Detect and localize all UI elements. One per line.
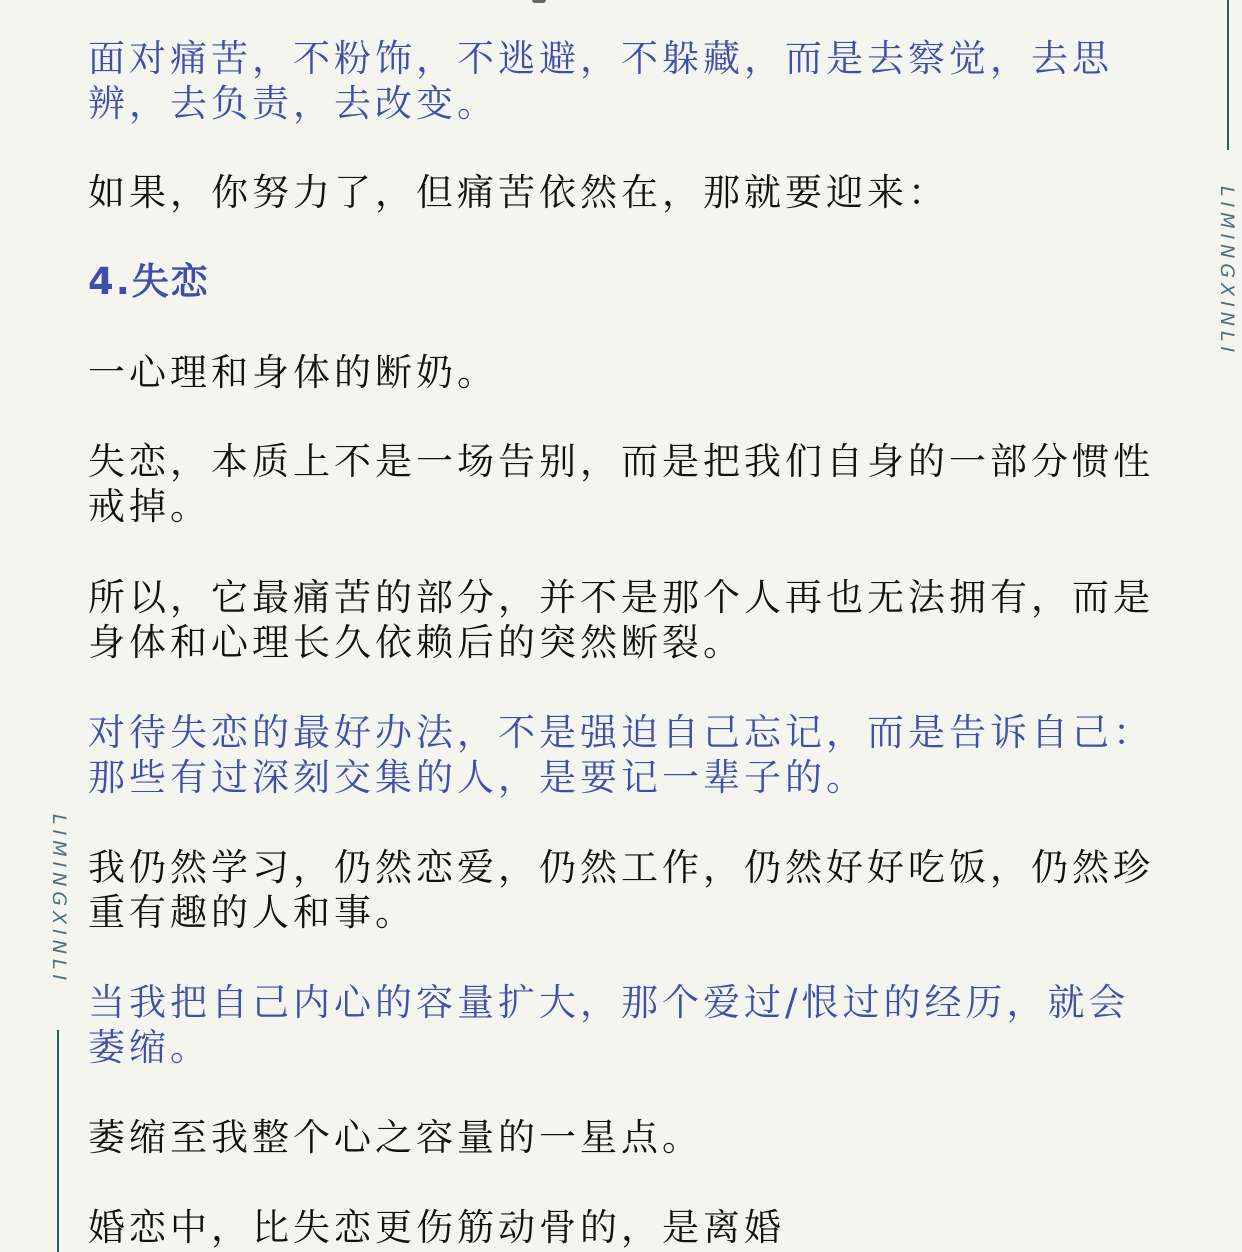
paragraph-breakup-essence: 失恋，本质上不是一场告别，而是把我们自身的一部分惯性戒掉。	[88, 439, 1158, 529]
paragraph-if-effort: 如果，你努力了，但痛苦依然在，那就要迎来：	[88, 170, 1158, 215]
section-heading-breakup: 4.失恋	[88, 259, 1158, 304]
article-page: LIMINGXINLI LIMINGXINLI 面对痛苦，不粉饰，不逃避，不躲藏…	[0, 0, 1242, 1252]
paragraph-divorce: 婚恋中，比失恋更伤筋动骨的，是离婚	[88, 1205, 1158, 1250]
paragraph-still-living: 我仍然学习，仍然恋爱，仍然工作，仍然好好吃饭，仍然珍重有趣的人和事。	[88, 845, 1158, 935]
right-rule-line	[1227, 0, 1229, 150]
left-watermark: LIMINGXINLI	[48, 814, 70, 985]
top-cropped-mark	[532, 0, 546, 3]
paragraph-expand-capacity: 当我把自己内心的容量扩大，那个爱过/恨过的经历，就会萎缩。	[88, 980, 1158, 1070]
paragraph-face-pain: 面对痛苦，不粉饰，不逃避，不躲藏，而是去察觉，去思辨，去负责，去改变。	[88, 36, 1158, 126]
paragraph-most-painful: 所以，它最痛苦的部分，并不是那个人再也无法拥有，而是身体和心理长久依赖后的突然断…	[88, 575, 1158, 665]
paragraph-weaning: 一心理和身体的断奶。	[88, 350, 1158, 395]
paragraph-best-way: 对待失恋的最好办法，不是强迫自己忘记，而是告诉自己：那些有过深刻交集的人，是要记…	[88, 710, 1158, 800]
paragraph-shrink: 萎缩至我整个心之容量的一星点。	[88, 1115, 1158, 1160]
right-watermark: LIMINGXINLI	[1216, 186, 1238, 357]
left-rule-line	[57, 1030, 59, 1252]
